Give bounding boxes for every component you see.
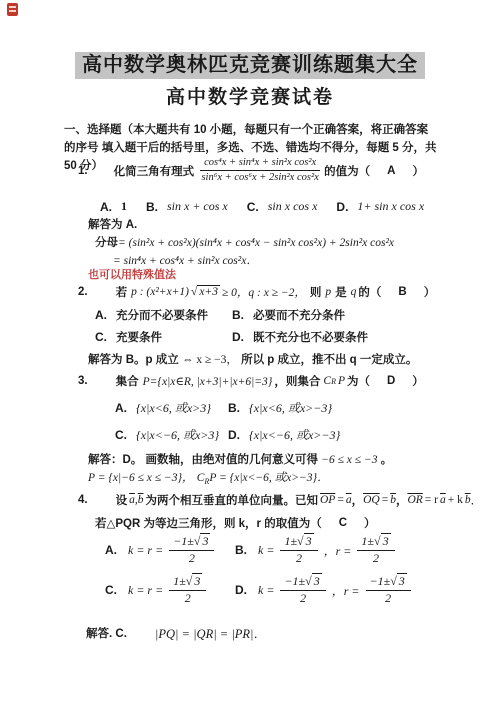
solution-math: = (sin²x + cos²x)(sin⁴x + cos⁴x − sin²x …	[118, 237, 394, 249]
question-2-text: 是	[335, 284, 347, 300]
solution-math: −6 ≤ x ≤ −3	[321, 454, 377, 466]
numerator-text: 1±	[173, 574, 186, 588]
solution-text: 所以 p 成立，推不出 q 一定成立。	[241, 354, 417, 366]
question-4-text: 为两个相互垂直的单位向量。已知	[145, 492, 318, 508]
radicand: x+3	[197, 285, 220, 298]
solution-text: 解答. C.	[86, 625, 127, 641]
question-1-solution-line-2: 分母= (sin²x + cos²x)(sin⁴x + cos⁴x − sin²…	[95, 234, 394, 250]
question-1-lead: 化简三角有理式	[114, 163, 195, 179]
radicand: 3	[312, 573, 322, 588]
fraction: 1±3 2	[280, 535, 317, 566]
variable-p: p	[325, 286, 331, 298]
option-label: D.	[228, 428, 240, 442]
question-2-close: ）	[424, 284, 436, 300]
question-3-math: P={x|x∈R, |x+3|+|x+6|=3}	[143, 374, 273, 388]
fraction-denominator: 2	[373, 551, 379, 566]
page-subtitle: 高中数学竞赛试卷	[0, 82, 500, 109]
fraction-denominator: 2	[185, 591, 191, 606]
option-label: A.	[95, 308, 107, 322]
option-math: ，r =	[332, 582, 360, 599]
question-1-solution-line-1: 解答为 A.	[88, 216, 137, 232]
option-text: 1	[121, 199, 127, 214]
option-item: A. k = r = −1±3 2	[105, 535, 218, 566]
radicand: 3	[304, 533, 314, 548]
option-item: D. k = −1±3 2 ，r = −1±3 2	[235, 575, 415, 606]
question-4-solution: 解答. C. |PQ| = |QR| = |PR|．	[86, 624, 266, 642]
question-3-text: 集合	[116, 373, 139, 389]
complement-symbol: C	[323, 375, 331, 387]
question-4-close: ）	[364, 515, 376, 531]
option-label: D.	[232, 330, 244, 344]
fraction-numerator: 1±3	[357, 535, 394, 551]
complement-subscript: R	[331, 377, 336, 386]
separator: ，	[352, 492, 364, 508]
document-page: 高中数学奥林匹克竞赛训练题集大全 高中数学竞赛试卷 一、选择题（本大题共有 10…	[0, 0, 500, 707]
plus-k: + k	[448, 494, 463, 506]
fraction-denominator: sin⁶x + cos⁶x + 2sin²x cos²x	[201, 171, 318, 184]
question-4-text: 设	[116, 492, 128, 508]
square-root: 3	[305, 573, 322, 588]
solution-math: ⇔ x ≥ −3，	[182, 354, 238, 366]
option-label: C.	[115, 428, 127, 442]
numerator-text: 1±	[361, 534, 374, 548]
option-label: C.	[247, 200, 259, 214]
option-label: B.	[232, 308, 244, 322]
question-2-math: p : (x²+x+1)	[131, 286, 189, 298]
option-label: A.	[100, 200, 112, 214]
option-item: D. 既不充分也不必要条件	[232, 329, 368, 345]
radicand: 3	[381, 533, 391, 548]
option-label: B.	[228, 401, 240, 415]
question-1-close: ）	[412, 163, 424, 179]
vector-op: OP	[320, 494, 335, 506]
option-text: sin x cos x	[268, 199, 318, 214]
numerator-text: 1±	[284, 534, 297, 548]
square-root: 3	[374, 533, 391, 548]
option-label: A.	[115, 401, 127, 415]
numerator-text: −1±	[370, 574, 391, 588]
solution-math: P = {x|−6 ≤ x ≤ −3}，	[88, 472, 194, 484]
option-text: 充要条件	[116, 329, 162, 345]
vector-or: OR	[407, 494, 422, 506]
variable-q: q	[351, 286, 357, 298]
question-3-solution-line-2: P = {x|−6 ≤ x ≤ −3}， CRP = {x|x<−6, 或x>−…	[88, 469, 329, 486]
fraction-denominator: 2	[189, 551, 195, 566]
option-text: 必要而不充分条件	[253, 307, 345, 323]
fraction-numerator: −1±3	[366, 575, 411, 591]
question-1-number: 1.	[78, 165, 88, 177]
fraction: −1±3 2	[280, 575, 325, 606]
question-1-red-note: 也可以用特殊值法	[88, 266, 176, 282]
option-text: {x|x<−6, 或x>−3}	[249, 426, 340, 443]
option-label: D.	[336, 200, 348, 214]
fraction: −1±3 2	[169, 535, 214, 566]
period: ．	[471, 492, 483, 508]
question-3-tail: 为（	[347, 373, 370, 389]
option-label: B.	[146, 200, 158, 214]
question-4-answer: C	[322, 517, 364, 529]
option-math: k = r =	[128, 543, 163, 558]
page-title-highlight: 高中数学奥林匹克竞赛训练题集大全	[75, 52, 425, 79]
option-item: C. k = r = 1±3 2	[105, 575, 210, 606]
radicand: 3	[397, 573, 407, 588]
option-label: A.	[105, 543, 117, 557]
option-item: D. {x|x<−6, 或x>−3}	[228, 426, 340, 443]
option-label: C.	[95, 330, 107, 344]
fraction-numerator: 1±3	[280, 535, 317, 551]
fraction-numerator: cos⁴x + sin⁴x + sin²x cos²x	[200, 157, 320, 171]
option-text: 既不充分也不必要条件	[253, 329, 368, 345]
option-text: 1+ sin x cos x	[357, 199, 424, 214]
question-3-answer: D	[370, 375, 412, 387]
option-item: B. k = 1±3 2 ，r = 1±3 2	[235, 535, 399, 566]
option-text: {x|x<6, 或x>−3}	[249, 399, 332, 416]
fraction-denominator: 2	[296, 551, 302, 566]
vector-b: b	[138, 494, 144, 506]
square-root: 3	[186, 573, 203, 588]
option-item: C. {x|x<−6, 或x>3}	[115, 426, 219, 443]
question-3-close: ）	[412, 373, 424, 389]
option-label: C.	[105, 583, 117, 597]
question-2-tail: 的（	[358, 284, 381, 300]
option-item: A. {x|x<6, 或x>3}	[115, 399, 211, 416]
question-4-number: 4.	[78, 494, 88, 506]
square-root: 3	[390, 573, 407, 588]
question-3-number: 3.	[78, 375, 88, 387]
question-2-text: 若	[116, 284, 128, 300]
equals: =	[382, 494, 389, 506]
radicand: 3	[200, 533, 210, 548]
square-root: 3	[297, 533, 314, 548]
fraction-numerator: −1±3	[280, 575, 325, 591]
fraction: 1±3 2	[169, 575, 206, 606]
option-text: 充分而不必要条件	[116, 307, 208, 323]
question-4-stem-line-1: 4. 设 a,b 为两个相互垂直的单位向量。已知 OP=a， OQ=b， OR=…	[78, 492, 482, 508]
option-math: ，r =	[324, 542, 352, 559]
solution-text: 。	[381, 454, 393, 466]
square-root: x+3	[191, 286, 220, 298]
radicand: 3	[192, 573, 202, 588]
option-label: B.	[235, 543, 247, 557]
question-2-stem: 2. 若 p : (x²+x+1) x+3 ≥ 0，q : x ≥ −2， 则 …	[78, 284, 435, 300]
question-2-answer: B	[381, 286, 423, 298]
question-3-stem: 3. 集合 P={x|x∈R, |x+3|+|x+6|=3} ，则集合 CRP …	[78, 373, 424, 389]
question-2-number: 2.	[78, 286, 88, 298]
option-math: k = r =	[128, 583, 163, 598]
fraction-numerator: −1±3	[169, 535, 214, 551]
square-root: 3	[194, 533, 211, 548]
option-item: A. 1	[100, 199, 127, 214]
solution-text: 解答：D。 画数轴，由绝对值的几何意义可得	[88, 454, 318, 466]
option-item: B. 必要而不充分条件	[232, 307, 345, 323]
solution-math: |PQ| = |QR| = |PR|．	[155, 624, 266, 642]
red-watermark-icon	[7, 3, 18, 16]
fraction-denominator: 2	[300, 591, 306, 606]
vector-oq: OQ	[363, 494, 380, 506]
question-2-text: 则	[310, 284, 322, 300]
question-3-solution-line-1: 解答：D。 画数轴，由绝对值的几何意义可得 −6 ≤ x ≤ −3 。	[88, 451, 392, 467]
option-item: A. 充分而不必要条件	[95, 307, 208, 323]
fraction-denominator: 2	[385, 591, 391, 606]
vector-a: a	[440, 494, 446, 506]
question-4-text: 若△PQR 为等边三角形，则 k，r 的取值为（	[95, 515, 322, 531]
fraction: cos⁴x + sin⁴x + sin²x cos²x sin⁶x + cos⁶…	[200, 157, 320, 184]
numerator-text: −1±	[173, 534, 194, 548]
numerator-text: −1±	[284, 574, 305, 588]
question-2-math: ≥ 0，q : x ≥ −2，	[222, 284, 306, 300]
option-text: {x|x<6, 或x>3}	[136, 399, 211, 416]
page-title: 高中数学奥林匹克竞赛训练题集大全	[0, 48, 500, 77]
option-item: C. 充要条件	[95, 329, 162, 345]
question-1-tail: 的值为（	[324, 163, 370, 179]
solution-text: 分母	[95, 237, 118, 249]
fraction: −1±3 2	[366, 575, 411, 606]
option-math: k =	[258, 543, 274, 558]
set-p: P	[338, 375, 345, 387]
separator: ，	[396, 492, 408, 508]
question-1-stem: 1. 化简三角有理式 cos⁴x + sin⁴x + sin²x cos²x s…	[78, 157, 424, 184]
question-3-text: ，则集合	[274, 373, 320, 389]
option-text: {x|x<−6, 或x>3}	[136, 426, 219, 443]
question-1-options: A. 1 B. sin x + cos x C. sin x cos x D. …	[100, 199, 424, 214]
option-math: k =	[258, 583, 274, 598]
question-2-solution: 解答为 B。p 成立 ⇔ x ≥ −3， 所以 p 成立，推不出 q 一定成立。	[88, 351, 417, 367]
question-1-answer: A	[370, 165, 412, 177]
solution-text: 解答为 B。p 成立	[88, 354, 179, 366]
fraction-numerator: 1±3	[169, 575, 206, 591]
question-4-stem-line-2: 若△PQR 为等边三角形，则 k，r 的取值为（ C ）	[95, 515, 376, 531]
option-item: B. {x|x<6, 或x>−3}	[228, 399, 332, 416]
fraction: 1±3 2	[357, 535, 394, 566]
option-item: B. sin x + cos x	[146, 199, 228, 214]
option-text: sin x + cos x	[167, 199, 228, 214]
option-item: D. 1+ sin x cos x	[336, 199, 424, 214]
equals-r: = r	[425, 494, 438, 506]
equals: =	[337, 494, 344, 506]
option-item: C. sin x cos x	[247, 199, 318, 214]
option-label: D.	[235, 583, 247, 597]
solution-math: P = {x|x<−6, 或x>−3}．	[209, 472, 328, 484]
